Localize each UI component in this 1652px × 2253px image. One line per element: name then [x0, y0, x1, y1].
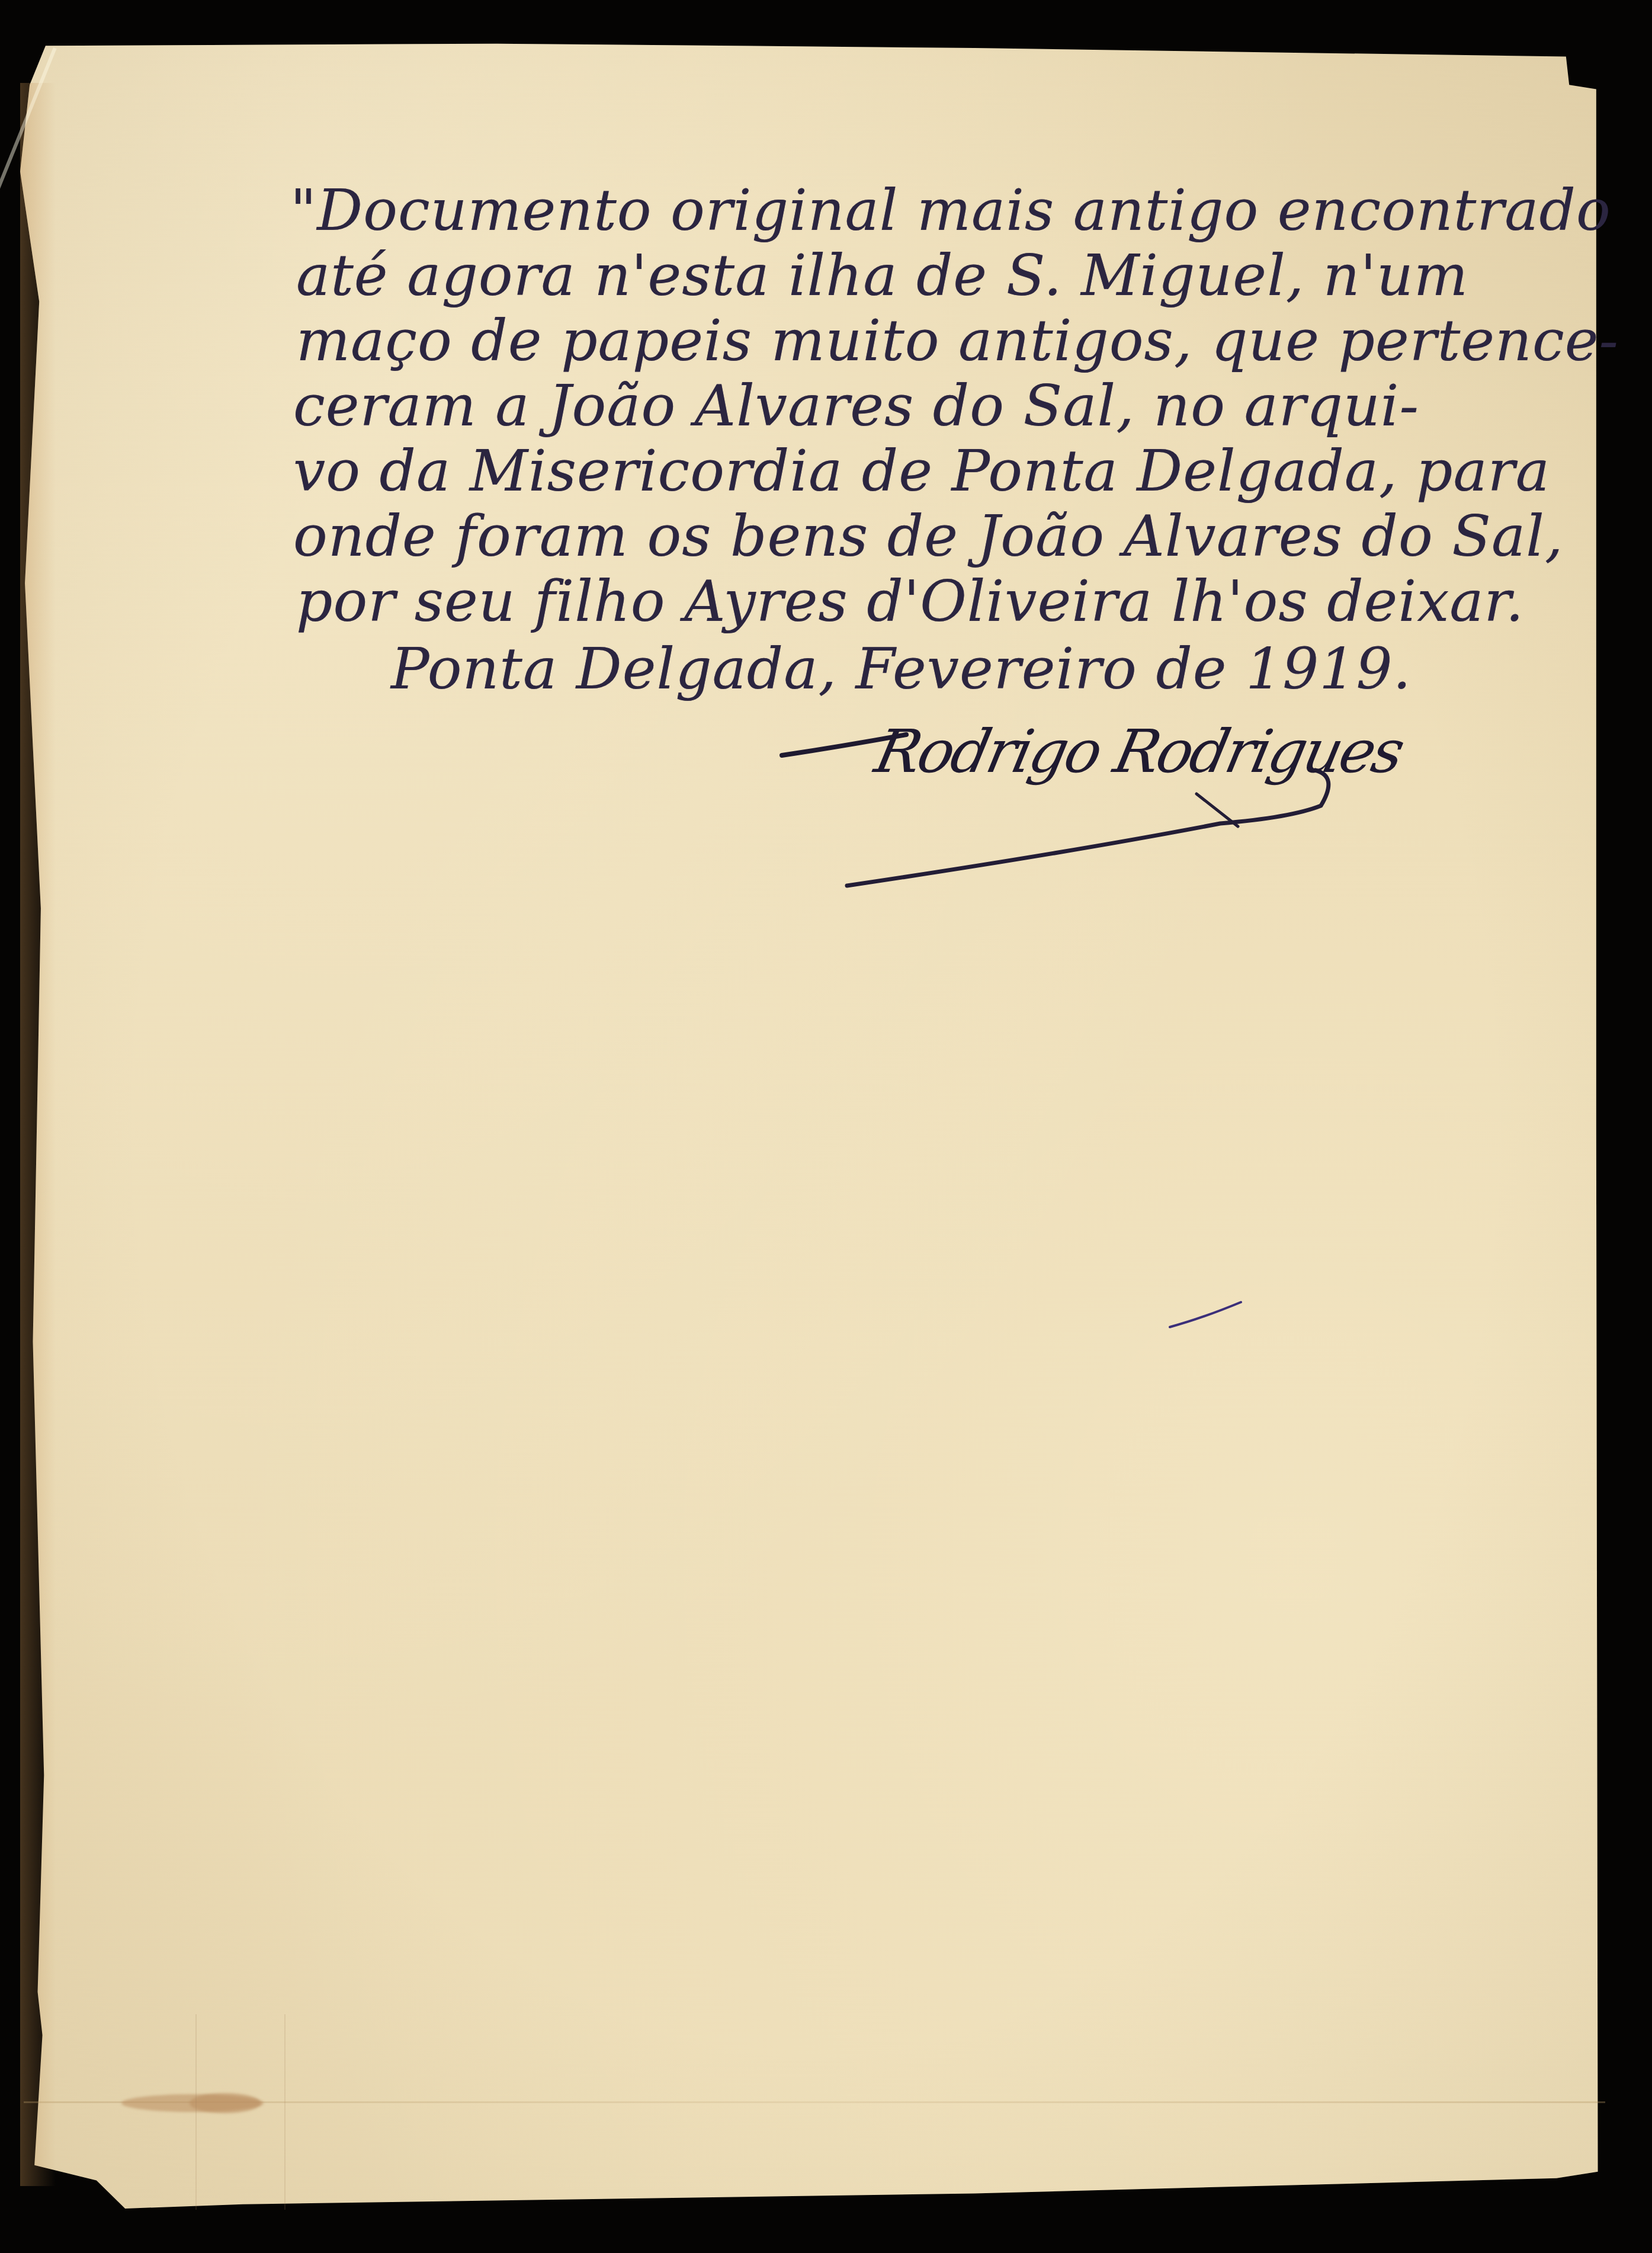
body-line: "Documento original mais antigo encontra…	[290, 178, 1445, 243]
signature: Rodrigo Rodrigues	[870, 717, 1409, 786]
paper-crease	[195, 2014, 197, 2210]
body-line: até agora n'esta ilha de S. Miguel, n'um	[296, 243, 1445, 308]
body-line: vo da Misericordia de Ponta Delgada, par…	[293, 438, 1445, 504]
body-line: maço de papeis muito antigos, que perten…	[296, 308, 1445, 373]
paper-crease	[284, 2014, 286, 2210]
letter-body: "Documento original mais antigo encontra…	[290, 178, 1445, 701]
paper-stain	[190, 2093, 261, 2113]
pen-stroke-icon	[1167, 1297, 1250, 1333]
signature-block: Rodrigo Rodrigues	[770, 705, 1422, 895]
body-line: ceram a João Alvares do Sal, no arqui-	[293, 373, 1445, 438]
body-line: por seu filho Ayres d'Oliveira lh'os dei…	[296, 569, 1445, 634]
dateline: Ponta Delgada, Fevereiro de 1919.	[391, 636, 1445, 701]
body-line: onde foram os bens de João Alvares do Sa…	[293, 504, 1445, 569]
